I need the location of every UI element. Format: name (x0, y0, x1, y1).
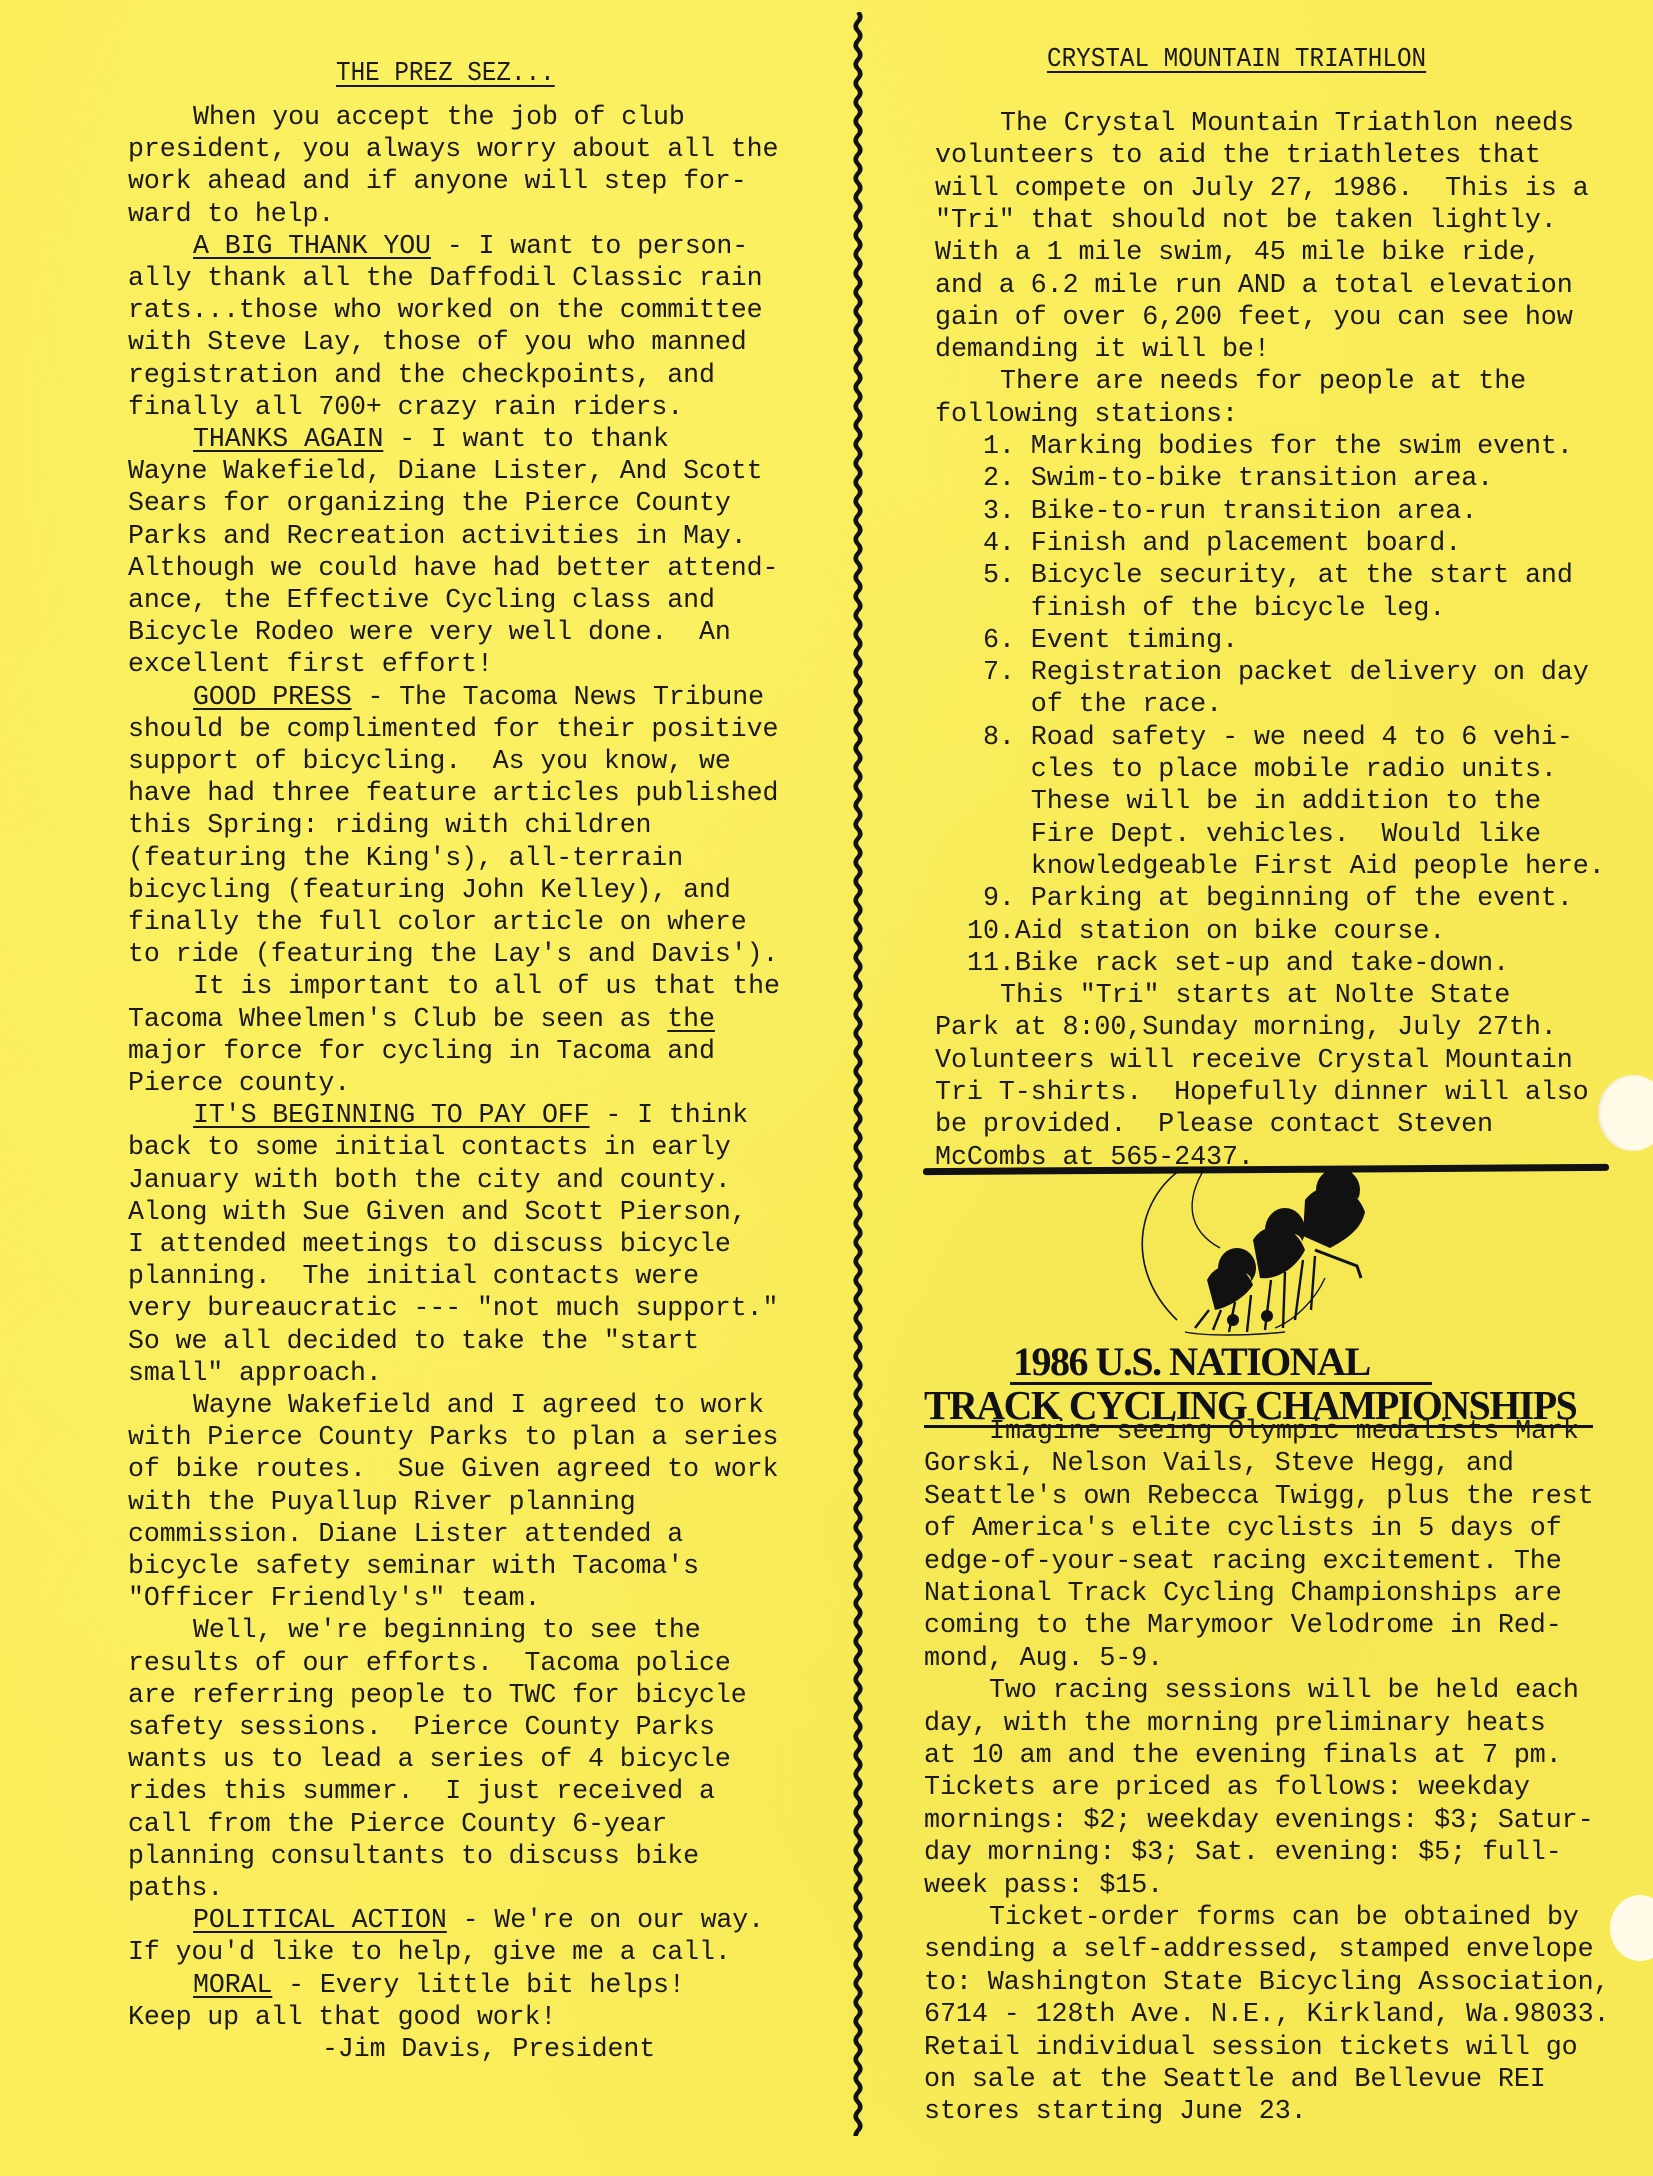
text-line: Bicycle Rodeo were very well done. An (128, 617, 731, 649)
underlined-subheading: IT'S BEGINNING TO PAY OFF (193, 1101, 590, 1131)
text-line: with Steve Lay, those of you who manned (128, 327, 747, 359)
text-line: When you accept the job of club (193, 102, 685, 134)
track-cyclists-illustration (1125, 1160, 1385, 1340)
text-line: at 10 am and the evening finals at 7 pm. (924, 1740, 1562, 1772)
text-line: will compete on July 27, 1986. This is a (935, 173, 1589, 205)
text-line: excellent first effort! (128, 649, 493, 681)
prez-sez-title: THE PREZ SEZ... (336, 58, 555, 90)
text-line: THANKS AGAIN - I want to thank (193, 424, 669, 456)
text-line: week pass: $15. (924, 1870, 1163, 1902)
text-line: 1. Marking bodies for the swim event. (967, 431, 1573, 463)
text-line: 4. Finish and placement board. (967, 528, 1461, 560)
text-line: There are needs for people at the (1000, 366, 1526, 398)
text-line: this Spring: riding with children (128, 810, 651, 842)
text-line: of the race. (967, 689, 1222, 721)
text-line: -Jim Davis, President (322, 2034, 655, 2066)
text-line: ward to help. (128, 199, 334, 231)
text-line: of bike routes. Sue Given agreed to work (128, 1454, 778, 1486)
emphasis-underline: the (667, 1005, 715, 1035)
text-line: A BIG THANK YOU - I want to person- (193, 231, 748, 263)
text-line: finish of the bicycle leg. (967, 593, 1445, 625)
text-line: planning consultants to discuss bike (128, 1841, 699, 1873)
punch-hole (1610, 1895, 1653, 1961)
text-line: rides this summer. I just received a (128, 1776, 715, 1808)
championship-heading-line1: 1986 U.S. NATIONAL (1013, 1338, 1553, 1385)
underlined-subheading: GOOD PRESS (193, 683, 352, 713)
text-line: ally thank all the Daffodil Classic rain (128, 263, 762, 295)
text-line: Two racing sessions will be held each (989, 1675, 1579, 1707)
text-line: GOOD PRESS - The Tacoma News Tribune (193, 682, 764, 714)
text-line: gain of over 6,200 feet, you can see how (935, 302, 1573, 334)
text-line: day morning: $3; Sat. evening: $5; full- (924, 1837, 1562, 1869)
text-line: It is important to all of us that the (193, 971, 780, 1003)
underlined-subheading: THANKS AGAIN (193, 425, 383, 455)
text-line: edge-of-your-seat racing excitement. The (924, 1546, 1562, 1578)
text-line: Wayne Wakefield, Diane Lister, And Scott (128, 456, 762, 488)
text-line: stores starting June 23. (924, 2096, 1307, 2128)
underlined-subheading: A BIG THANK YOU (193, 232, 431, 262)
punch-hole (1598, 1075, 1653, 1151)
text-line: are referring people to TWC for bicycle (128, 1680, 747, 1712)
text-line: finally the full color article on where (128, 907, 747, 939)
text-line: MORAL - Every little bit helps! (193, 1970, 685, 2002)
text-line: Wayne Wakefield and I agreed to work (193, 1390, 764, 1422)
text-line: bicycle safety seminar with Tacoma's (128, 1551, 699, 1583)
text-line: of America's elite cyclists in 5 days of (924, 1513, 1562, 1545)
text-line: Parks and Recreation activities in May. (128, 521, 747, 553)
text-line: work ahead and if anyone will step for- (128, 166, 747, 198)
text-line: safety sessions. Pierce County Parks (128, 1712, 715, 1744)
text-line: cles to place mobile radio units. (967, 754, 1557, 786)
text-line: to ride (featuring the Lay's and Davis')… (128, 939, 778, 971)
text-line: planning. The initial contacts were (128, 1261, 699, 1293)
text-line: Gorski, Nelson Vails, Steve Hegg, and (924, 1448, 1514, 1480)
text-line: be provided. Please contact Steven (935, 1109, 1493, 1141)
text-line: So we all decided to take the "start (128, 1326, 699, 1358)
column-divider-wavy (846, 12, 870, 2136)
text-line: 9. Parking at beginning of the event. (967, 883, 1573, 915)
text-line: Sears for organizing the Pierce County (128, 488, 731, 520)
text-line: small" approach. (128, 1358, 382, 1390)
text-line: Although we could have had better attend… (128, 553, 778, 585)
text-line: registration and the checkpoints, and (128, 360, 715, 392)
text-line: "Tri" that should not be taken lightly. (935, 205, 1557, 237)
text-line: with the Puyallup River planning (128, 1487, 636, 1519)
text-line: Volunteers will receive Crystal Mountain (935, 1045, 1573, 1077)
text-line: mond, Aug. 5-9. (924, 1643, 1163, 1675)
text-line: support of bicycling. As you know, we (128, 746, 731, 778)
text-line: 8. Road safety - we need 4 to 6 vehi- (967, 722, 1573, 754)
text-line: Imagine seeing Olympic medalists Mark (989, 1416, 1579, 1448)
text-line: ance, the Effective Cycling class and (128, 585, 715, 617)
text-line: 6714 - 128th Ave. N.E., Kirkland, Wa.980… (924, 1999, 1609, 2031)
text-line: Along with Sue Given and Scott Pierson, (128, 1197, 747, 1229)
text-line: finally all 700+ crazy rain riders. (128, 392, 683, 424)
text-line: Park at 8:00,Sunday morning, July 27th. (935, 1012, 1557, 1044)
text-line: (featuring the King's), all-terrain (128, 843, 683, 875)
text-line: should be complimented for their positiv… (128, 714, 778, 746)
text-line: National Track Cycling Championships are (924, 1578, 1562, 1610)
text-line: bicycling (featuring John Kelley), and (128, 875, 731, 907)
text-line: to: Washington State Bicycling Associati… (924, 1967, 1609, 1999)
text-line: coming to the Marymoor Velodrome in Red- (924, 1610, 1562, 1642)
text-line: 11.Bike rack set-up and take-down. (967, 948, 1509, 980)
text-line: 7. Registration packet delivery on day (967, 657, 1589, 689)
text-line: These will be in addition to the (967, 786, 1541, 818)
text-line: very bureaucratic --- "not much support.… (128, 1293, 778, 1325)
text-line: sending a self-addressed, stamped envelo… (924, 1934, 1594, 1966)
text-line: POLITICAL ACTION - We're on our way. (193, 1905, 764, 1937)
text-line: call from the Pierce County 6-year (128, 1809, 667, 1841)
text-line: Tickets are priced as follows: weekday (924, 1772, 1530, 1804)
text-line: mornings: $2; weekday evenings: $3; Satu… (924, 1805, 1594, 1837)
text-line: With a 1 mile swim, 45 mile bike ride, (935, 237, 1541, 269)
text-line: Pierce county. (128, 1068, 350, 1100)
text-line: wants us to lead a series of 4 bicycle (128, 1744, 731, 1776)
text-line: have had three feature articles publishe… (128, 778, 778, 810)
text-line: 6. Event timing. (967, 625, 1238, 657)
text-line: Tacoma Wheelmen's Club be seen as the (128, 1004, 715, 1036)
text-line: Fire Dept. vehicles. Would like (967, 819, 1541, 851)
text-line: This "Tri" starts at Nolte State (1000, 980, 1510, 1012)
underlined-subheading: POLITICAL ACTION (193, 1906, 447, 1936)
text-line: Well, we're beginning to see the (193, 1615, 701, 1647)
text-line: Tri T-shirts. Hopefully dinner will also (935, 1077, 1589, 1109)
text-line: volunteers to aid the triathletes that (935, 140, 1541, 172)
text-line: Seattle's own Rebecca Twigg, plus the re… (924, 1481, 1594, 1513)
text-line: If you'd like to help, give me a call. (128, 1937, 731, 1969)
text-line: 2. Swim-to-bike transition area. (967, 463, 1493, 495)
text-line: on sale at the Seattle and Bellevue REI (924, 2064, 1546, 2096)
text-line: The Crystal Mountain Triathlon needs (1000, 108, 1574, 140)
text-line: day, with the morning preliminary heats (924, 1708, 1546, 1740)
text-line: 5. Bicycle security, at the start and (967, 560, 1573, 592)
triathlon-title: CRYSTAL MOUNTAIN TRIATHLON (1047, 44, 1426, 76)
underlined-subheading: MORAL (193, 1971, 272, 2001)
text-line: "Officer Friendly's" team. (128, 1583, 540, 1615)
text-line: major force for cycling in Tacoma and (128, 1036, 715, 1068)
text-line: president, you always worry about all th… (128, 134, 778, 166)
text-line: paths. (128, 1873, 223, 1905)
text-line: Ticket-order forms can be obtained by (989, 1902, 1579, 1934)
text-line: 3. Bike-to-run transition area. (967, 496, 1477, 528)
text-line: back to some initial contacts in early (128, 1132, 731, 1164)
text-line: with Pierce County Parks to plan a serie… (128, 1422, 778, 1454)
text-line: results of our efforts. Tacoma police (128, 1648, 731, 1680)
text-line: following stations: (935, 399, 1238, 431)
text-line: knowledgeable First Aid people here. (967, 851, 1605, 883)
text-line: January with both the city and county. (128, 1165, 731, 1197)
text-line: commission. Diane Lister attended a (128, 1519, 683, 1551)
text-line: IT'S BEGINNING TO PAY OFF - I think (193, 1100, 748, 1132)
wavy-line (856, 12, 861, 2136)
text-line: and a 6.2 mile run AND a total elevation (935, 270, 1573, 302)
text-line: 10.Aid station on bike course. (967, 916, 1445, 948)
text-line: I attended meetings to discuss bicycle (128, 1229, 731, 1261)
text-line: rats...those who worked on the committee (128, 295, 762, 327)
text-line: Keep up all that good work! (128, 2002, 556, 2034)
text-line: demanding it will be! (935, 334, 1270, 366)
text-line: Retail individual session tickets will g… (924, 2032, 1578, 2064)
